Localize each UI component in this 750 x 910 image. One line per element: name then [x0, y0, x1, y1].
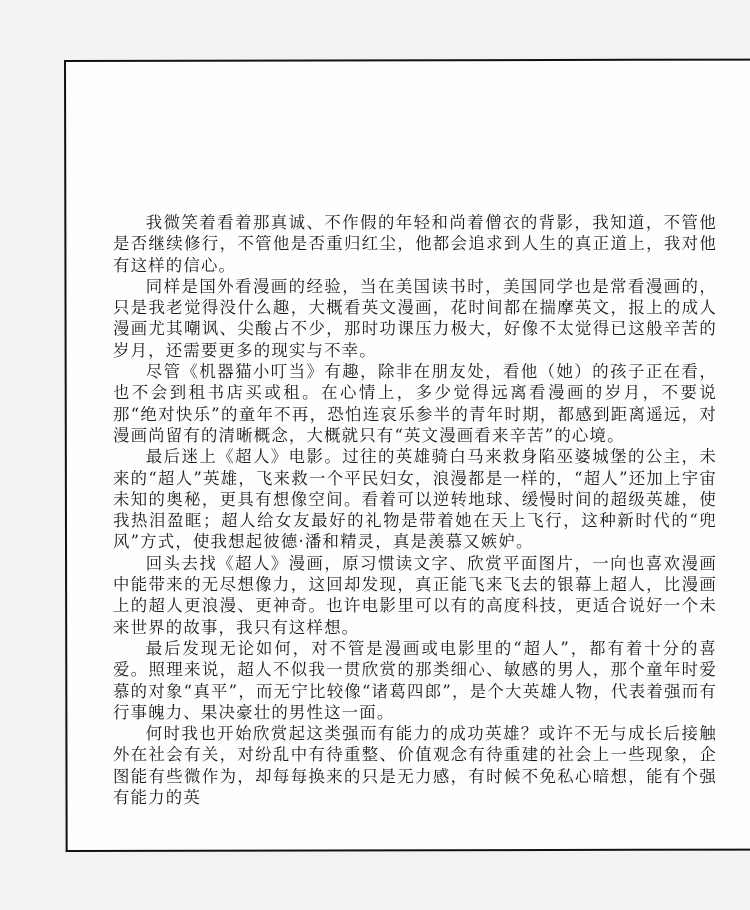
paragraph-1: 我微笑着看着那真诚、不作假的年轻和尚着僧衣的背影，我知道，不管他是否继续修行，不… [113, 212, 717, 276]
paragraph-3: 尽管《机器猫小叮当》有趣，除非在朋友处，看他（她）的孩子正在看，也不会到租书店买… [113, 361, 717, 446]
paragraph-5: 回头去找《超人》漫画，原习惯读文字、欣赏平面图片，一向也喜欢漫画中能带来的无尽想… [113, 553, 717, 638]
paragraph-6: 最后发现无论如何，对不管是漫画或电影里的“超人”，都有着十分的喜爱。照理来说，超… [113, 638, 717, 723]
paragraph-7: 何时我也开始欣赏起这类强而有能力的成功英雄？或许不无与成长后接触外在社会有关，对… [113, 723, 717, 808]
paragraph-4: 最后迷上《超人》电影。过往的英雄骑白马来救身陷巫婆城堡的公主，未来的“超人”英雄… [113, 446, 717, 552]
article-body: 我微笑着看着那真诚、不作假的年轻和尚着僧衣的背影，我知道，不管他是否继续修行，不… [113, 212, 717, 808]
paragraph-2: 同样是国外看漫画的经验，当在美国读书时，美国同学也是常看漫画的，只是我老觉得没什… [113, 276, 717, 361]
